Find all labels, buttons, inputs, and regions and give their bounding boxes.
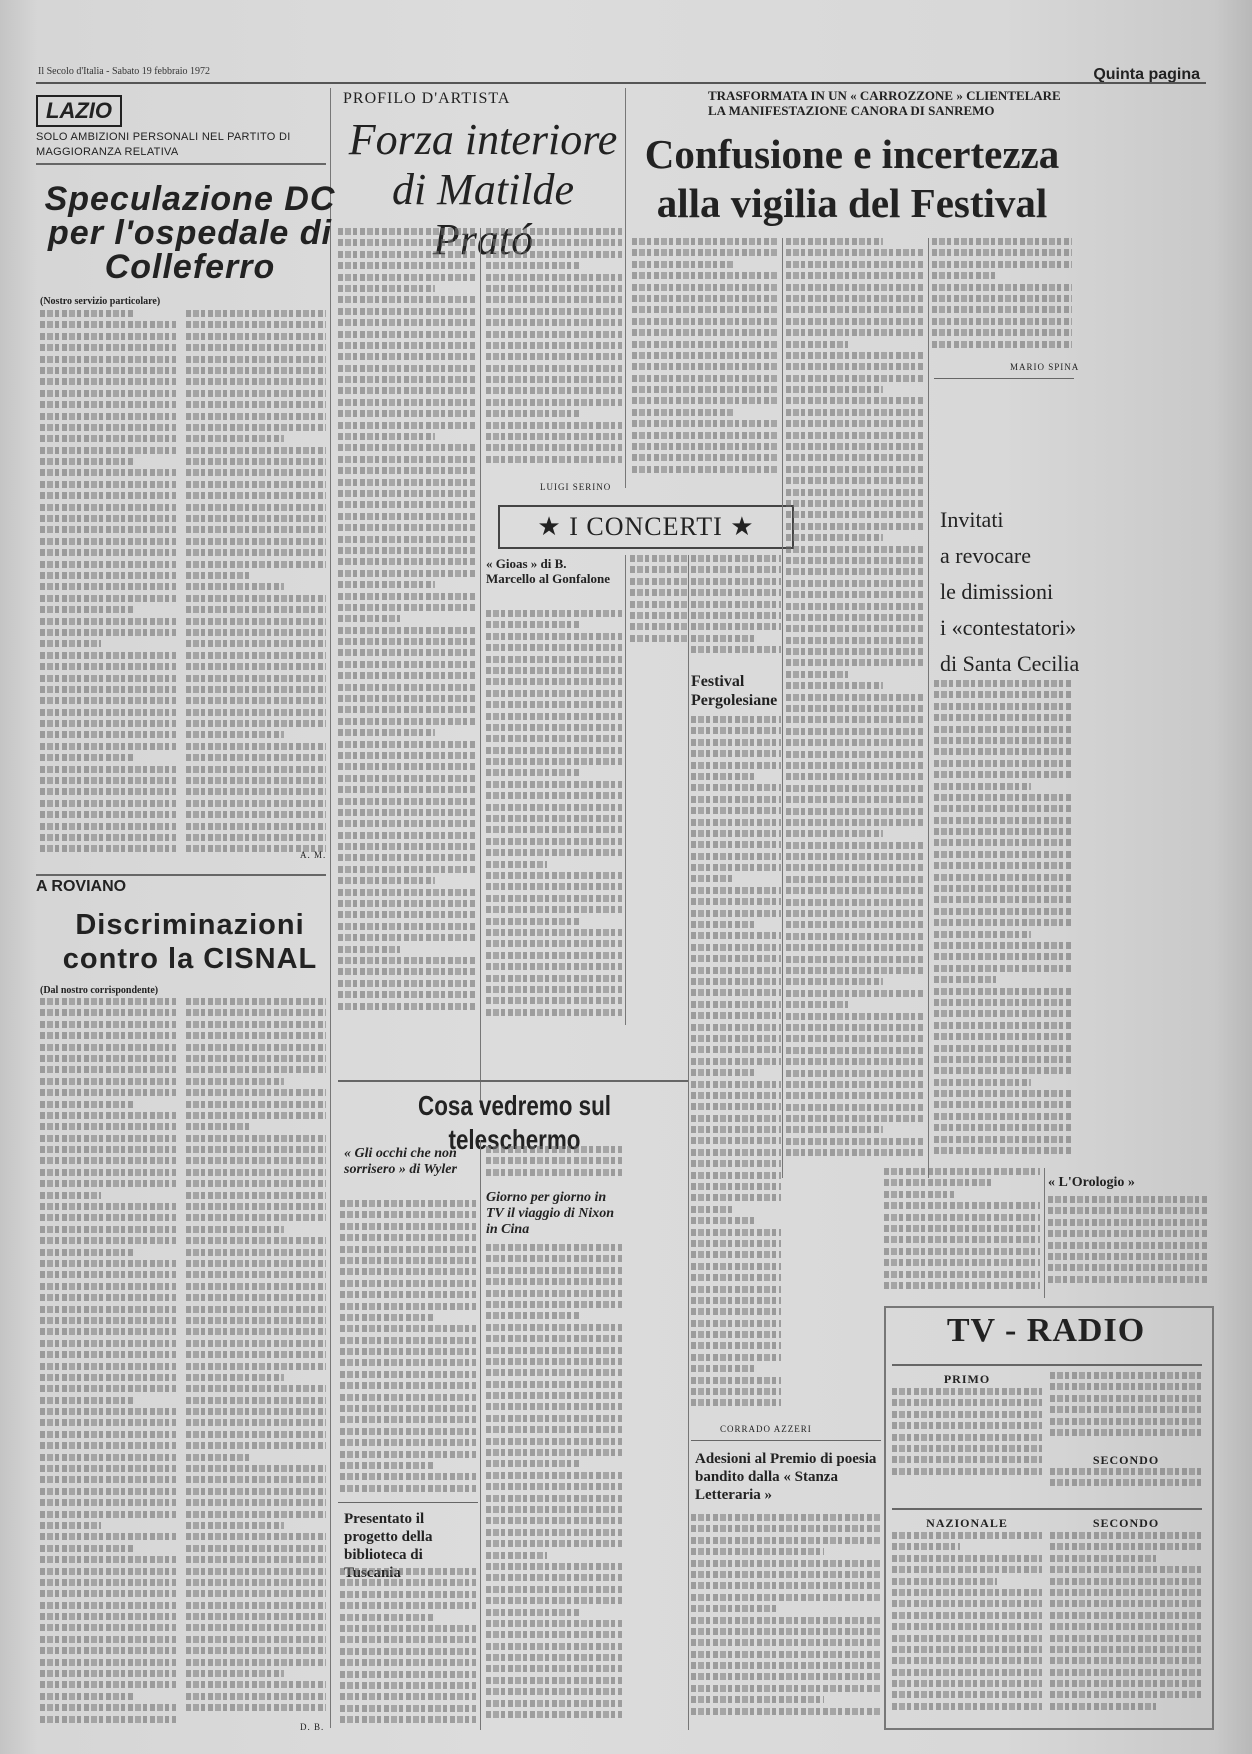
text-line <box>786 329 924 336</box>
text-line <box>186 1089 326 1096</box>
text-line <box>338 695 476 702</box>
text-line <box>40 1590 176 1597</box>
text-line <box>186 1419 326 1426</box>
text-line <box>486 1643 622 1650</box>
text-line <box>934 760 1072 767</box>
text-line <box>186 504 326 511</box>
text-line <box>186 1101 326 1108</box>
divider <box>892 1364 1202 1366</box>
text-line <box>691 819 781 826</box>
text-line <box>40 1055 176 1062</box>
text-line <box>486 1563 622 1570</box>
text-line <box>486 724 622 731</box>
text-line <box>934 1124 1072 1131</box>
text-line <box>691 1286 781 1293</box>
newspaper-page: Il Secolo d'Italia - Sabato 19 febbraio … <box>0 0 1252 1754</box>
text-line <box>486 1324 622 1331</box>
text-line <box>186 823 326 830</box>
text-line <box>934 771 1072 778</box>
text-line <box>892 1646 1042 1653</box>
text-line <box>186 834 326 841</box>
concerti-label: I CONCERTI <box>569 512 723 541</box>
star-icon: ★ <box>730 512 754 541</box>
text-line <box>186 1374 284 1381</box>
text-line <box>186 1511 326 1518</box>
text-line <box>40 1613 176 1620</box>
text-line <box>40 1044 176 1051</box>
text-line <box>691 601 781 608</box>
tv-secondo-heading: SECONDO <box>1050 1453 1202 1468</box>
text-line <box>186 1214 326 1221</box>
text-line <box>934 988 1072 995</box>
text-line <box>338 798 476 805</box>
tuscania-body <box>340 1568 476 1728</box>
text-line <box>691 1035 781 1042</box>
text-line <box>40 686 176 693</box>
text-line <box>338 684 476 691</box>
text-line <box>932 284 1072 291</box>
text-line <box>40 754 135 761</box>
text-line <box>40 1431 176 1438</box>
text-line <box>691 967 781 974</box>
text-line <box>691 887 781 894</box>
text-line <box>338 911 476 918</box>
text-line <box>786 1024 924 1031</box>
text-line <box>340 1371 476 1378</box>
article-body-prato-1 <box>338 228 476 1018</box>
text-line <box>691 1571 881 1578</box>
text-line <box>691 1103 781 1110</box>
text-line <box>1050 1566 1202 1573</box>
text-line <box>1050 1555 1156 1562</box>
text-line <box>338 638 476 645</box>
text-line <box>691 1183 781 1190</box>
text-line <box>884 1168 1040 1175</box>
text-line <box>40 1306 176 1313</box>
text-line <box>691 1399 781 1406</box>
text-line <box>486 895 622 902</box>
text-line <box>786 944 924 951</box>
text-line <box>486 713 622 720</box>
column-rule <box>928 238 929 1178</box>
text-line <box>186 754 326 761</box>
text-line <box>340 1579 476 1586</box>
text-line <box>934 714 1072 721</box>
text-line <box>486 1415 622 1422</box>
text-line <box>486 861 547 868</box>
text-line <box>186 743 326 750</box>
text-line <box>486 433 622 440</box>
text-line <box>40 1089 176 1096</box>
text-line <box>691 807 781 814</box>
headline-line: di Santa Cecilia <box>940 646 1170 682</box>
text-line <box>691 1115 781 1122</box>
text-line <box>338 661 476 668</box>
text-line <box>486 376 622 383</box>
text-line <box>486 456 622 463</box>
headline-invitati: Invitati a revocare le dimissioni i «con… <box>940 502 1170 682</box>
text-line <box>40 413 176 420</box>
text-line <box>486 1665 622 1672</box>
service-note: (Nostro servizio particolare) <box>40 296 160 307</box>
text-line <box>338 501 476 508</box>
text-line <box>884 1225 1040 1232</box>
text-line <box>932 272 995 279</box>
concert-body-1 <box>486 610 622 1030</box>
text-line <box>786 352 924 359</box>
text-line <box>884 1259 1040 1266</box>
text-line <box>486 319 622 326</box>
text-line <box>630 555 688 562</box>
text-line <box>884 1214 1040 1221</box>
text-line <box>186 1078 284 1085</box>
text-line <box>186 583 284 590</box>
santa-cecilia-body <box>934 680 1072 1160</box>
text-line <box>186 766 326 773</box>
column-rule <box>480 1140 481 1730</box>
text-line <box>186 1180 326 1187</box>
text-line <box>186 640 326 647</box>
text-line <box>338 331 476 338</box>
text-line <box>630 578 688 585</box>
text-line <box>691 784 781 791</box>
text-line <box>632 261 734 268</box>
text-line <box>1048 1276 1208 1283</box>
text-line <box>486 804 622 811</box>
star-icon: ★ <box>537 512 561 541</box>
text-line <box>486 1711 622 1718</box>
text-line <box>934 976 996 983</box>
text-line <box>632 284 778 291</box>
text-line <box>934 783 1031 790</box>
headline-colleferro: Speculazione DC per l'ospedale di Collef… <box>40 182 340 284</box>
text-line <box>691 1069 754 1076</box>
text-line <box>40 998 176 1005</box>
text-line <box>1050 1600 1202 1607</box>
text-line <box>186 675 326 682</box>
text-line <box>486 1358 622 1365</box>
text-line <box>486 781 622 788</box>
text-line <box>486 849 622 856</box>
text-line <box>338 513 476 520</box>
text-line <box>186 1294 326 1301</box>
text-line <box>1050 1383 1202 1390</box>
text-line <box>786 853 924 860</box>
text-line <box>40 1499 176 1506</box>
text-line <box>340 1416 476 1423</box>
text-line <box>338 296 476 303</box>
text-line <box>1048 1196 1208 1203</box>
text-line <box>691 1342 781 1349</box>
text-line <box>486 342 622 349</box>
text-line <box>1050 1429 1202 1436</box>
text-line <box>486 667 622 674</box>
article-body-colleferro-2 <box>186 310 326 858</box>
text-line <box>40 1636 176 1643</box>
text-line <box>691 1024 781 1031</box>
text-line <box>691 1058 781 1065</box>
text-line <box>340 1200 476 1207</box>
text-line <box>486 769 581 776</box>
text-line <box>186 1476 326 1483</box>
text-line <box>40 788 176 795</box>
text-line <box>892 1657 1042 1664</box>
text-line <box>691 830 781 837</box>
column-rule <box>625 88 626 488</box>
text-line <box>786 523 924 530</box>
text-line <box>934 1101 1072 1108</box>
text-line <box>186 1693 326 1700</box>
text-line <box>486 747 622 754</box>
text-line <box>40 447 176 454</box>
text-line <box>691 739 781 746</box>
text-line <box>691 762 781 769</box>
text-line <box>691 1548 824 1555</box>
text-line <box>632 454 778 461</box>
text-line <box>186 1613 326 1620</box>
text-line <box>786 830 883 837</box>
text-line <box>186 1192 326 1199</box>
text-line <box>340 1348 476 1355</box>
text-line <box>892 1612 1042 1619</box>
text-line <box>40 1385 176 1392</box>
text-line <box>486 1631 622 1638</box>
text-line <box>186 378 326 385</box>
text-line <box>186 481 326 488</box>
text-line <box>1050 1578 1202 1585</box>
text-line <box>892 1669 1042 1676</box>
text-line <box>186 435 284 442</box>
text-line <box>691 1537 881 1544</box>
text-line <box>691 955 781 962</box>
text-line <box>186 458 326 465</box>
text-line <box>186 356 326 363</box>
text-line <box>40 1511 176 1518</box>
text-line <box>786 546 924 553</box>
text-line <box>486 296 622 303</box>
text-line <box>786 796 924 803</box>
text-line <box>40 709 176 716</box>
article-body-prato-2 <box>486 228 622 478</box>
text-line <box>1050 1680 1202 1687</box>
text-line <box>40 1146 176 1153</box>
text-line <box>186 595 326 602</box>
text-line <box>338 570 476 577</box>
text-line <box>40 1101 135 1108</box>
text-line <box>486 331 622 338</box>
sanremo-body-2 <box>786 238 924 1168</box>
text-line <box>338 718 476 725</box>
text-line <box>691 1001 781 1008</box>
text-line <box>691 1092 781 1099</box>
column-rule <box>688 555 689 1730</box>
text-line <box>1050 1406 1202 1413</box>
text-line <box>691 1696 824 1703</box>
text-line <box>40 1693 135 1700</box>
text-line <box>691 1137 781 1144</box>
text-line <box>338 547 476 554</box>
text-line <box>486 792 622 799</box>
text-line <box>40 1681 176 1688</box>
text-line <box>40 1556 176 1563</box>
text-line <box>186 1454 249 1461</box>
text-line <box>486 1472 622 1479</box>
text-line <box>40 811 176 818</box>
text-line <box>486 1552 547 1559</box>
text-line <box>691 1560 881 1567</box>
text-line <box>786 432 924 439</box>
tv-body-2b <box>486 1244 622 1724</box>
divider <box>691 1440 881 1441</box>
text-line <box>786 728 924 735</box>
text-line <box>691 796 781 803</box>
text-line <box>186 1044 326 1051</box>
text-line <box>186 1283 326 1290</box>
text-line <box>486 690 622 697</box>
text-line <box>340 1682 476 1689</box>
text-line <box>632 420 778 427</box>
text-line <box>632 409 734 416</box>
text-line <box>892 1468 1042 1475</box>
text-line <box>1050 1657 1202 1664</box>
text-line <box>486 399 622 406</box>
kicker-sanremo: TRASFORMATA IN UN « CARROZZONE » CLIENTE… <box>708 88 1078 118</box>
text-line <box>1048 1219 1208 1226</box>
orologio-side-body <box>884 1168 1040 1298</box>
sanremo-body-3 <box>932 238 1072 356</box>
text-line <box>691 1217 754 1224</box>
text-line <box>186 1636 326 1643</box>
text-line <box>40 1237 176 1244</box>
divider <box>36 874 326 876</box>
text-line <box>934 748 1072 755</box>
text-line <box>786 671 848 678</box>
text-line <box>934 874 1072 881</box>
text-line <box>40 1180 176 1187</box>
text-line <box>892 1691 1042 1698</box>
text-line <box>186 561 326 568</box>
article-body-cisnal-2 <box>186 998 326 1718</box>
text-line <box>340 1268 476 1275</box>
text-line <box>40 572 176 579</box>
text-line <box>40 845 176 852</box>
text-line <box>691 910 781 917</box>
text-line <box>786 785 924 792</box>
text-line <box>786 1126 883 1133</box>
headline-confusione: Confusione e incertezza alla vigilia del… <box>632 130 1072 228</box>
text-line <box>186 1055 326 1062</box>
text-line <box>186 1226 284 1233</box>
text-line <box>691 1639 881 1646</box>
text-line <box>486 656 622 663</box>
text-line <box>934 794 1072 801</box>
text-line <box>40 458 135 465</box>
author-azzeri: CORRADO AZZERI <box>720 1424 812 1434</box>
text-line <box>691 944 781 951</box>
tv-secondo-schedule <box>1050 1468 1202 1502</box>
text-line <box>186 572 249 579</box>
text-line <box>338 741 476 748</box>
text-line <box>1050 1543 1202 1550</box>
text-line <box>186 1465 326 1472</box>
text-line <box>786 887 924 894</box>
text-line <box>340 1246 476 1253</box>
text-line <box>632 397 778 404</box>
concert-body-3 <box>691 555 781 665</box>
text-line <box>691 1046 781 1053</box>
radio-secondo-heading: SECONDO <box>1050 1516 1202 1531</box>
text-line <box>632 306 778 313</box>
text-line <box>186 788 326 795</box>
text-line <box>338 444 476 451</box>
text-line <box>691 1149 781 1156</box>
text-line <box>691 932 781 939</box>
headline-orologio: « L'Orologio » <box>1048 1175 1135 1191</box>
text-line <box>40 629 176 636</box>
text-line <box>338 342 476 349</box>
text-line <box>40 1226 176 1233</box>
text-line <box>932 238 1072 245</box>
text-line <box>630 623 688 630</box>
text-line <box>338 706 476 713</box>
text-line <box>340 1359 476 1366</box>
text-line <box>630 635 688 642</box>
text-line <box>40 1363 176 1370</box>
text-line <box>632 318 778 325</box>
tv-radio-title: TV - RADIO <box>886 1312 1206 1350</box>
headline-premio: Adesioni al Premio di poesia bandito dal… <box>695 1450 880 1504</box>
text-line <box>632 238 778 245</box>
text-line <box>340 1405 476 1412</box>
text-line <box>40 1317 176 1324</box>
text-line <box>786 694 924 701</box>
text-line <box>934 1067 1072 1074</box>
text-line <box>884 1191 954 1198</box>
concert-item-title: « Gioas » di B. Marcello al Gonfalone <box>486 556 616 586</box>
text-line <box>186 1317 326 1324</box>
text-line <box>338 399 476 406</box>
text-line <box>632 375 778 382</box>
text-line <box>338 387 476 394</box>
headline-line: i «contestatori» <box>940 610 1170 646</box>
folio: Il Secolo d'Italia - Sabato 19 febbraio … <box>38 66 210 77</box>
text-line <box>186 1249 326 1256</box>
text-line <box>186 686 326 693</box>
text-line <box>786 568 924 575</box>
article-body-colleferro-1 <box>40 310 176 858</box>
text-line <box>786 1035 924 1042</box>
text-line <box>486 929 622 936</box>
text-line <box>40 526 176 533</box>
text-line <box>338 763 476 770</box>
text-line <box>691 716 781 723</box>
text-line <box>186 1602 326 1609</box>
text-line <box>691 1377 781 1384</box>
text-line <box>186 1704 326 1711</box>
text-line <box>338 832 476 839</box>
text-line <box>691 841 781 848</box>
text-line <box>691 635 754 642</box>
text-line <box>486 444 622 451</box>
text-line <box>691 773 754 780</box>
text-line <box>338 433 435 440</box>
text-line <box>786 375 924 382</box>
text-line <box>40 1454 176 1461</box>
text-line <box>1050 1468 1202 1475</box>
text-line <box>40 321 176 328</box>
text-line <box>884 1202 1040 1209</box>
text-line <box>691 1617 881 1624</box>
